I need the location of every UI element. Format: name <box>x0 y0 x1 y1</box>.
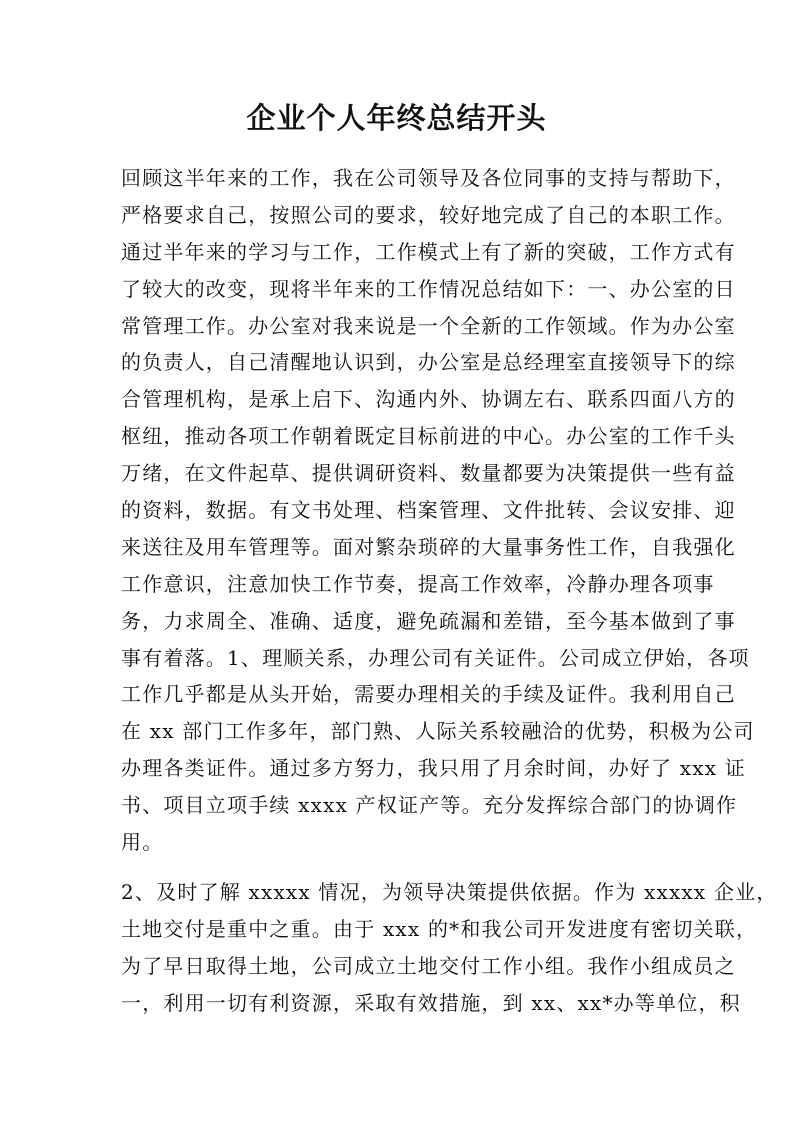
text-line: 严格要求自己，按照公司的要求，较好地完成了自己的本职工作。 <box>121 197 681 234</box>
text-line: 务，力求周全、准确、适度，避免疏漏和差错，至今基本做到了事 <box>121 603 681 640</box>
text-line: 土地交付是重中之重。由于 xxx 的*和我公司开发进度有密切关联， <box>121 911 681 948</box>
text-line: 在 xx 部门工作多年，部门熟、人际关系较融洽的优势，积极为公司 <box>121 713 681 750</box>
text-line: 事有着落。1、理顺关系，办理公司有关证件。公司成立伊始，各项 <box>121 640 681 677</box>
text-line: 书、项目立项手续 xxxx 产权证产等。充分发挥综合部门的协调作 <box>121 787 681 824</box>
text-line: 的负责人，自己清醒地认识到，办公室是总经理室直接领导下的综 <box>121 344 681 381</box>
text-line: 合管理机构，是承上启下、沟通内外、协调左右、联系四面八方的 <box>121 381 681 418</box>
paragraph-1: 回顾这半年来的工作，我在公司领导及各位同事的支持与帮助下， 严格要求自己，按照公… <box>121 160 681 861</box>
text-line: 一，利用一切有利资源，采取有效措施，到 xx、xx*办等单位，积 <box>121 985 681 1022</box>
text-line: 了较大的改变，现将半年来的工作情况总结如下：一、办公室的日 <box>121 271 681 308</box>
paragraph-2: 2、及时了解 xxxxx 情况，为领导决策提供依据。作为 xxxxx 企业， 土… <box>121 874 681 1022</box>
text-line: 用。 <box>121 824 681 861</box>
text-line: 枢纽，推动各项工作朝着既定目标前进的中心。办公室的工作千头 <box>121 418 681 455</box>
text-line: 为了早日取得土地，公司成立土地交付工作小组。我作小组成员之 <box>121 948 681 985</box>
document-title: 企业个人年终总结开头 <box>0 98 793 138</box>
text-line: 工作意识，注意加快工作节奏，提高工作效率，冷静办理各项事 <box>121 566 681 603</box>
text-line: 2、及时了解 xxxxx 情况，为领导决策提供依据。作为 xxxxx 企业， <box>121 874 681 911</box>
text-line: 办理各类证件。通过多方努力，我只用了月余时间，办好了 xxx 证 <box>121 750 681 787</box>
text-line: 来送往及用车管理等。面对繁杂琐碎的大量事务性工作，自我强化 <box>121 529 681 566</box>
text-line: 回顾这半年来的工作，我在公司领导及各位同事的支持与帮助下， <box>121 160 681 197</box>
document-page: 企业个人年终总结开头 回顾这半年来的工作，我在公司领导及各位同事的支持与帮助下，… <box>0 0 793 1122</box>
document-body: 回顾这半年来的工作，我在公司领导及各位同事的支持与帮助下， 严格要求自己，按照公… <box>121 160 681 1034</box>
text-line: 通过半年来的学习与工作，工作模式上有了新的突破，工作方式有 <box>121 234 681 271</box>
text-line: 常管理工作。办公室对我来说是一个全新的工作领域。作为办公室 <box>121 308 681 345</box>
text-line: 工作几乎都是从头开始，需要办理相关的手续及证件。我利用自己 <box>121 676 681 713</box>
text-line: 的资料，数据。有文书处理、档案管理、文件批转、会议安排、迎 <box>121 492 681 529</box>
text-line: 万绪，在文件起草、提供调研资料、数量都要为决策提供一些有益 <box>121 455 681 492</box>
